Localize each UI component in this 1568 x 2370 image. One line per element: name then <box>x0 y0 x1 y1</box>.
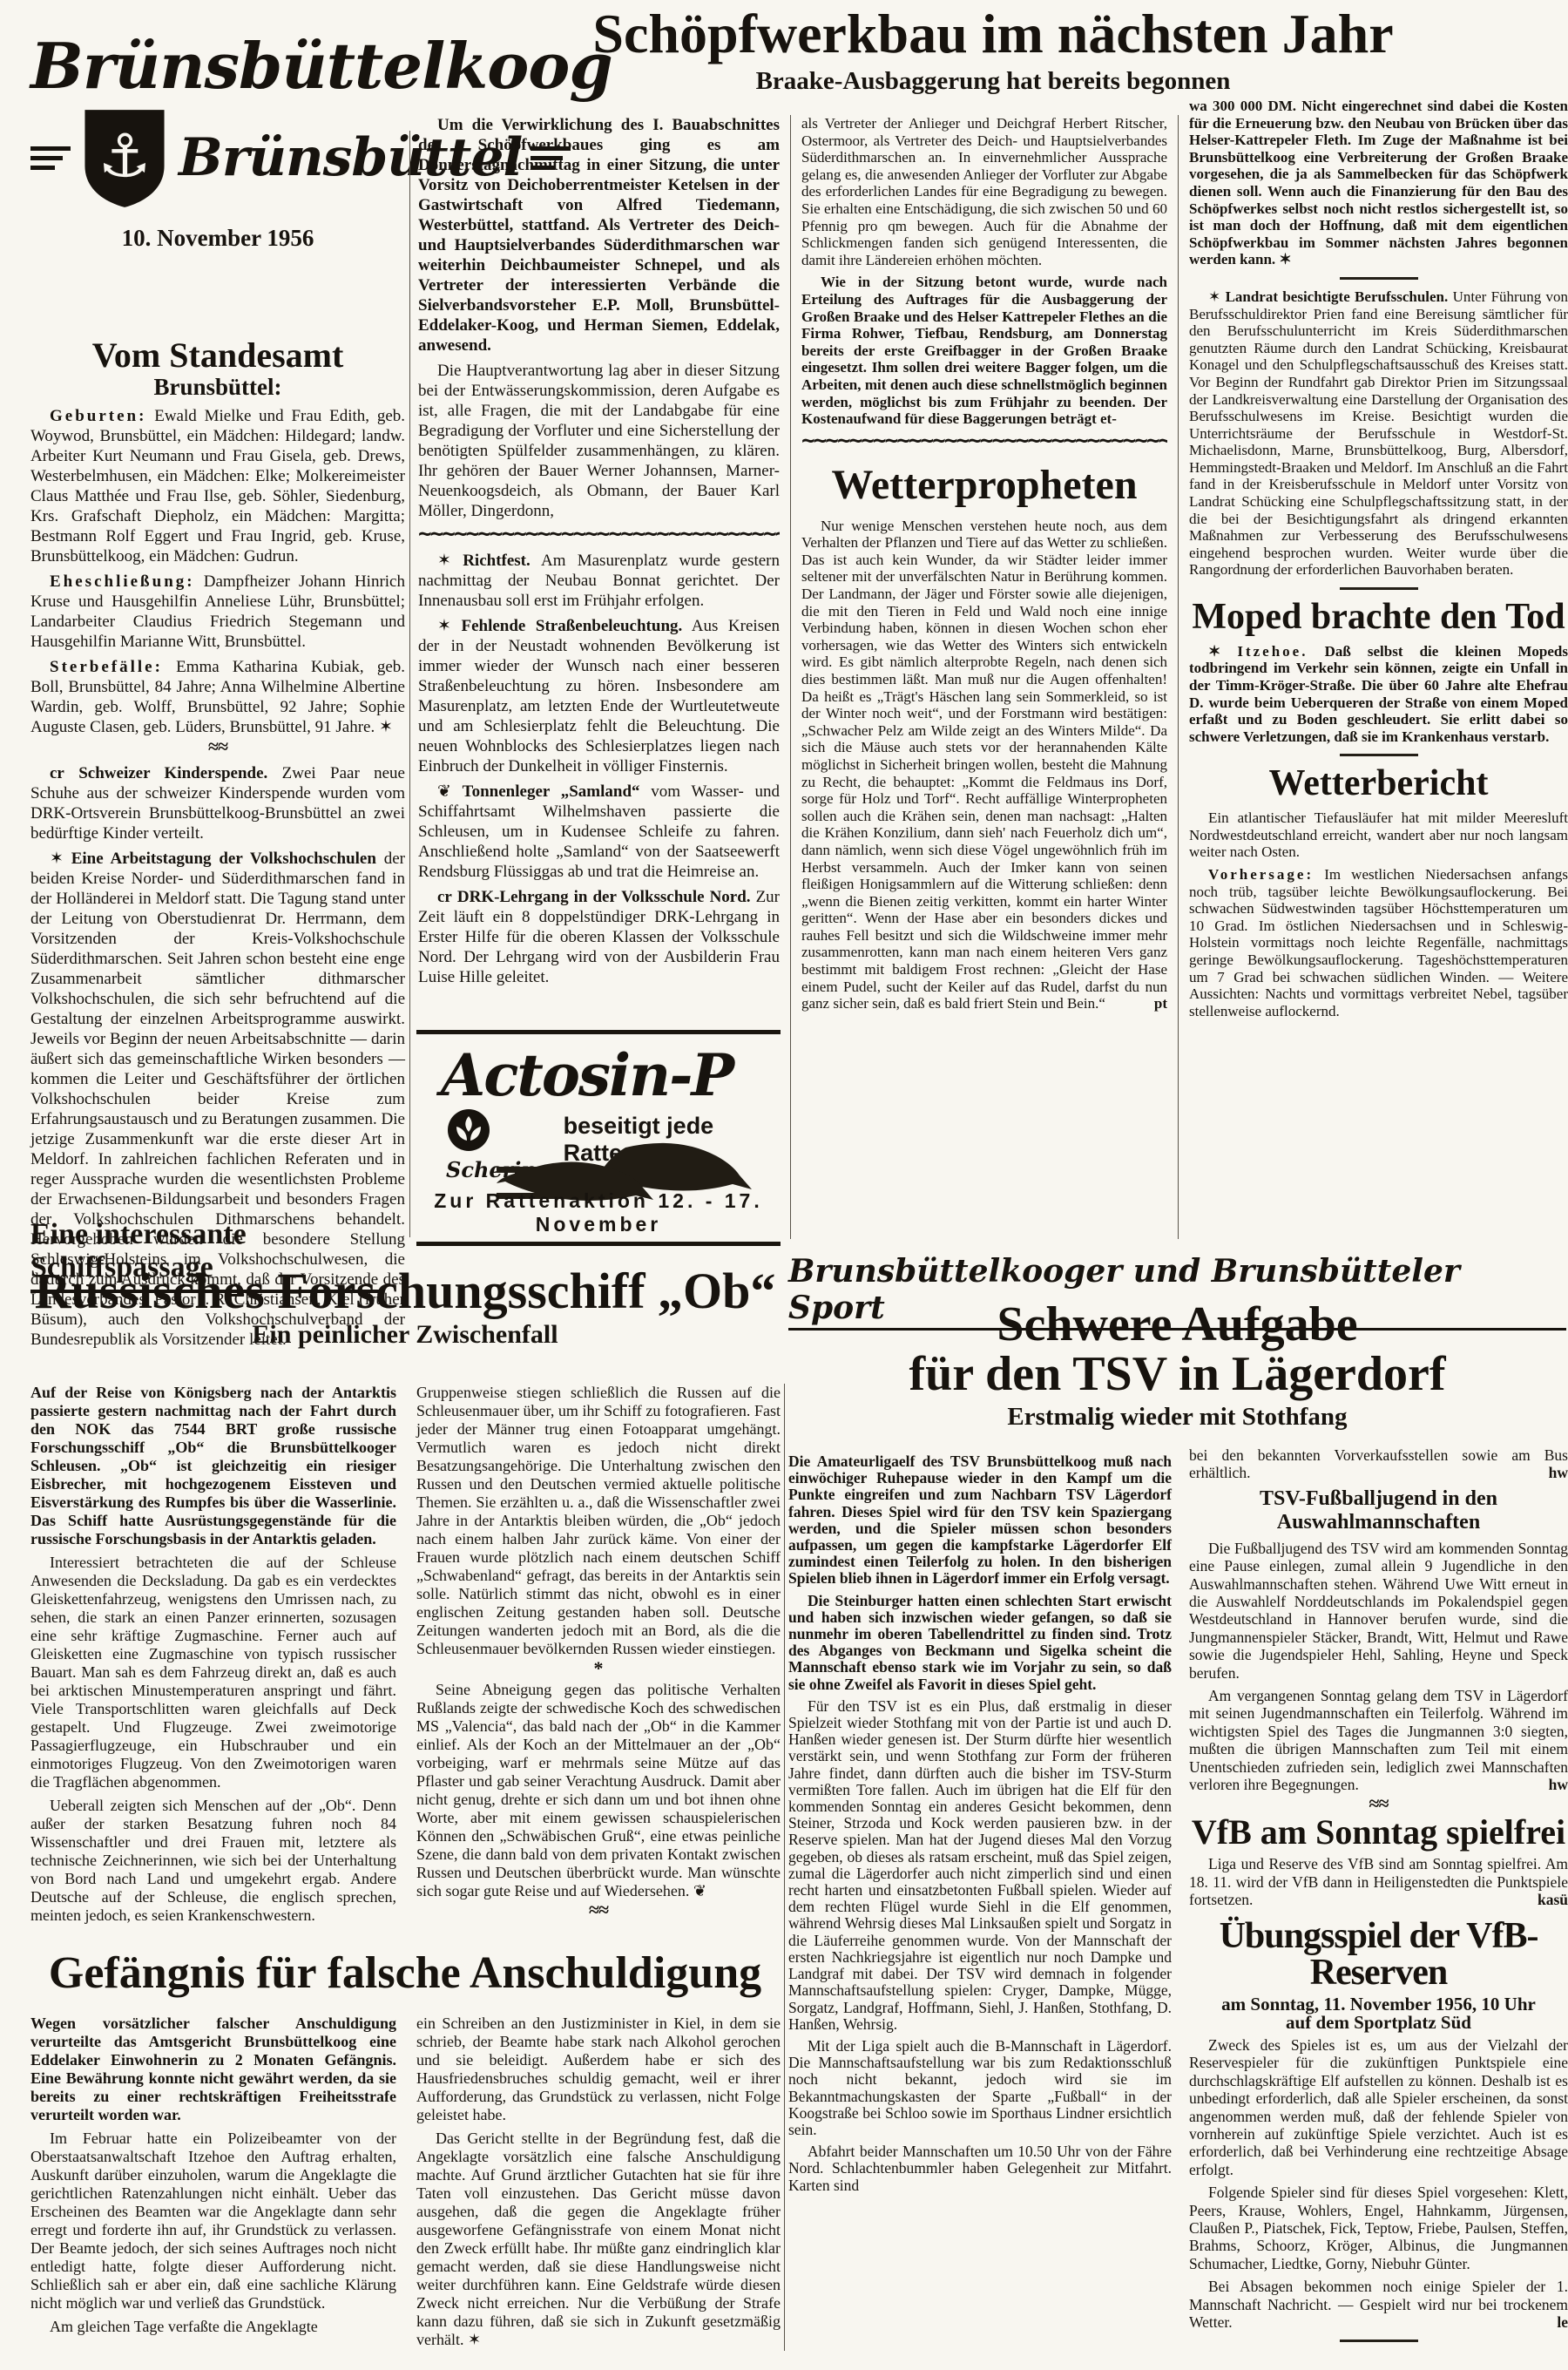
sport-left-p5: Abfahrt beider Mannschaften um 10.50 Uhr… <box>788 2143 1172 2194</box>
newspaper-page: Brünsbüttelkoog ⚓ Brünsbüttel 10. Novemb… <box>0 0 1568 2370</box>
ob-headline: Russisches Forschungsschiff „Ob“ <box>30 1265 780 1317</box>
uebung-p3: Bei Absagen bekommen noch einige Spieler… <box>1189 2278 1568 2331</box>
ob-left-column: Auf der Reise von Königsberg nach der An… <box>30 1384 396 1930</box>
tonnenleger-item: ❦ Tonnenleger „Samland“ vom Wasser- und … <box>418 782 780 882</box>
wetterbericht-p1: Ein atlantischer Tiefausläufer hat mit m… <box>1189 809 1568 861</box>
flourish-left-icon <box>30 141 71 175</box>
standesamt-title: Vom Standesamt <box>30 338 405 374</box>
ob-right-column: Gruppenweise stiegen schließlich die Rus… <box>416 1384 781 1920</box>
ob-right-p2: Seine Abneigung gegen das politische Ver… <box>416 1681 781 1900</box>
ob-subhead: Ein peinlicher Zwischenfall <box>30 1320 780 1350</box>
item-rule <box>1340 277 1418 280</box>
standesamt-place: Brunsbüttel: <box>30 377 405 397</box>
gefaengnis-right-p2: Das Gericht stellte in der Begründung fe… <box>416 2130 781 2349</box>
chain-divider-icon: ~~~~~~~~~~~~~~~~~~~~~~~~~~~~~~~~~~~~~~~~… <box>801 435 1167 450</box>
gefaengnis-headline: Gefängnis für falsche Anschuldigung <box>30 1950 780 1996</box>
sport-right-column: bei den bekannten Vorverkaufsstellen sow… <box>1189 1446 1568 2351</box>
column-rule <box>1178 115 1179 1239</box>
sport-left-p1: Die Amateurligaelf des TSV Brunsbüttelko… <box>788 1453 1172 1588</box>
masthead-line1: Brünsbüttelkoog <box>30 35 405 98</box>
beleuchtung-item: ✶ Fehlende Straßenbeleuchtung. Aus Kreis… <box>418 616 780 776</box>
column-rule <box>790 115 791 1239</box>
issue-date: 10. November 1956 <box>30 225 405 252</box>
column-rule <box>784 1384 785 2351</box>
crest-anchor-icon: ⚓ <box>79 106 170 209</box>
uebungsspiel-date: am Sonntag, 11. November 1956, 10 Uhr <box>1189 1995 1568 2013</box>
colC-p1: wa 300 000 DM. Nicht eingerechnet sind d… <box>1189 98 1568 268</box>
wavy-divider-icon: ≈≈ <box>1189 1799 1568 1808</box>
wetterbericht-p2: Vorhersage: Im westlichen Niedersachsen … <box>1189 866 1568 1019</box>
ob-article-head: Russisches Forschungsschiff „Ob“ Ein pei… <box>30 1265 780 1350</box>
wavy-divider-icon: ≈≈ <box>30 742 405 751</box>
right-column-top: wa 300 000 DM. Nicht eingerechnet sind d… <box>1189 98 1568 1025</box>
gefaengnis-left-p2: Im Februar hatte ein Polizeibeamter von … <box>30 2130 396 2312</box>
schoepfwerk-article-head: Schöpfwerkbau im nächsten Jahr Braake-Au… <box>418 5 1568 96</box>
star-divider: * <box>416 1663 781 1674</box>
richtfest-item: ✶ Richtfest. Am Masurenplatz wurde geste… <box>418 551 780 611</box>
uebung-p1: Zweck des Spieles ist es, um aus der Vie… <box>1189 2036 1568 2178</box>
youth-subheadline: TSV-Fußballjugend in den Auswahlmannscha… <box>1189 1487 1568 1534</box>
end-rule <box>1340 2340 1418 2342</box>
uebungsspiel-place: auf dem Sportplatz Süd <box>1189 2014 1568 2031</box>
column-rule <box>409 131 410 1237</box>
wetterbericht-headline: Wetterbericht <box>1189 765 1568 802</box>
ob-right-p1: Gruppenweise stiegen schließlich die Rus… <box>416 1384 781 1658</box>
drk-item: cr DRK-Lehrgang in der Volksschule Nord.… <box>418 887 780 987</box>
wavy-divider-icon: ≈≈ <box>416 1906 781 1914</box>
sport-left-p2: Die Steinburger hatten einen schlechten … <box>788 1593 1172 1693</box>
chain-divider-icon: ~~~~~~~~~~~~~~~~~~~~~~~~~~~~~~~~~~~~~~~~… <box>418 528 780 544</box>
colB-p1: als Vertreter der Anlieger und Deichgraf… <box>801 115 1167 268</box>
main-subhead: Braake-Ausbaggerung hat bereits begonnen <box>418 67 1568 96</box>
kinderspende-item: cr Schweizer Kinderspende. Zwei Paar neu… <box>30 763 405 843</box>
sport-left-p3: Für den TSV ist es ein Plus, daß erstmal… <box>788 1698 1172 2033</box>
sport-right-cont: bei den bekannten Vorverkaufsstellen sow… <box>1189 1446 1568 1482</box>
sport-headline-line1: Schwere Aufgabe <box>788 1300 1566 1350</box>
deaths-paragraph: Sterbefälle: Emma Katharina Kubiak, geb.… <box>30 657 405 737</box>
schoepfwerk-colA: Um die Verwirklichung des I. Bauabschnit… <box>418 115 780 992</box>
wetterpropheten-headline: Wetterpropheten <box>801 464 1167 507</box>
sport-article-head: Schwere Aufgabe für den TSV in Lägerdorf… <box>788 1300 1566 1432</box>
gefaengnis-right-p1: ein Schreiben an den Justizminister in K… <box>416 2014 781 2124</box>
ad-brand: Actosin-P <box>416 1034 781 1104</box>
youth-p2: Am vergangenen Sonntag gelang dem TSV in… <box>1189 1687 1568 1793</box>
colB-p2: Wie in der Sitzung betont wurde, wurde n… <box>801 274 1167 427</box>
vfb-headline: VfB am Sonntag spielfrei <box>1189 1815 1568 1851</box>
uebung-p2: Folgende Spieler sind für dieses Spiel v… <box>1189 2184 1568 2272</box>
actosin-ad: Actosin-P Schering beseitigt jede Ratten… <box>416 1030 781 1246</box>
ob-left-p2: Interessiert betrachteten die auf der Sc… <box>30 1554 396 1791</box>
item-rule <box>1340 587 1418 590</box>
wetterpropheten-body: Nur wenige Menschen verstehen heute noch… <box>801 518 1167 1012</box>
gefaengnis-left-column: Wegen vorsätzlicher falscher Anschuldigu… <box>30 2014 396 2341</box>
ob-left-p3: Ueberall zeigten sich Menschen auf der „… <box>30 1797 396 1925</box>
moped-headline: Moped brachte den Tod <box>1189 599 1568 636</box>
sport-left-column: Die Amateurligaelf des TSV Brunsbüttelko… <box>788 1453 1172 2199</box>
ob-left-p1: Auf der Reise von Königsberg nach der An… <box>30 1384 396 1548</box>
schoepfwerk-colB: als Vertreter der Anlieger und Deichgraf… <box>801 115 1167 1018</box>
vfb-body: Liga und Reserve des VfB sind am Sonntag… <box>1189 1855 1568 1908</box>
colA-p1: Um die Verwirklichung des I. Bauabschnit… <box>418 115 780 355</box>
landrat-item: ✶ Landrat besichtigte Berufsschulen. Unt… <box>1189 288 1568 579</box>
youth-p1: Die Fußballjugend des TSV wird am kommen… <box>1189 1540 1568 1682</box>
sport-subhead: Erstmalig wieder mit Stothfang <box>788 1403 1566 1432</box>
births-paragraph: Geburten: Ewald Mielke und Frau Edith, g… <box>30 406 405 566</box>
marriages-paragraph: Eheschließung: Dampfheizer Johann Hinric… <box>30 572 405 652</box>
main-headline: Schöpfwerkbau im nächsten Jahr <box>418 5 1568 62</box>
colA-p2: Die Hauptverantwortung lag aber in diese… <box>418 361 780 521</box>
gefaengnis-left-p1: Wegen vorsätzlicher falscher Anschuldigu… <box>30 2014 396 2124</box>
sport-headline-line2: für den TSV in Lägerdorf <box>788 1350 1566 1399</box>
sport-left-p4: Mit der Liga spielt auch die B-Mannschaf… <box>788 2038 1172 2138</box>
svg-text:⚓: ⚓ <box>98 123 151 192</box>
masthead: Brünsbüttelkoog ⚓ Brünsbüttel 10. Novemb… <box>30 35 405 252</box>
uebungsspiel-headline: Übungsspiel der VfB-Reserven <box>1189 1918 1568 1993</box>
gefaengnis-right-column: ein Schreiben an den Justizminister in K… <box>416 2014 781 2354</box>
ad-note: Zur Rattenaktion 12. - 17. November <box>416 1189 781 1236</box>
gefaengnis-left-p3: Am gleichen Tage verfaßte die Angeklagte <box>30 2318 396 2336</box>
moped-body: ✶ Itzehoe. Daß selbst die kleinen Mopeds… <box>1189 643 1568 746</box>
item-rule <box>1340 754 1418 756</box>
standesamt-article: Vom Standesamt Brunsbüttel: Geburten: Ew… <box>30 338 405 1355</box>
